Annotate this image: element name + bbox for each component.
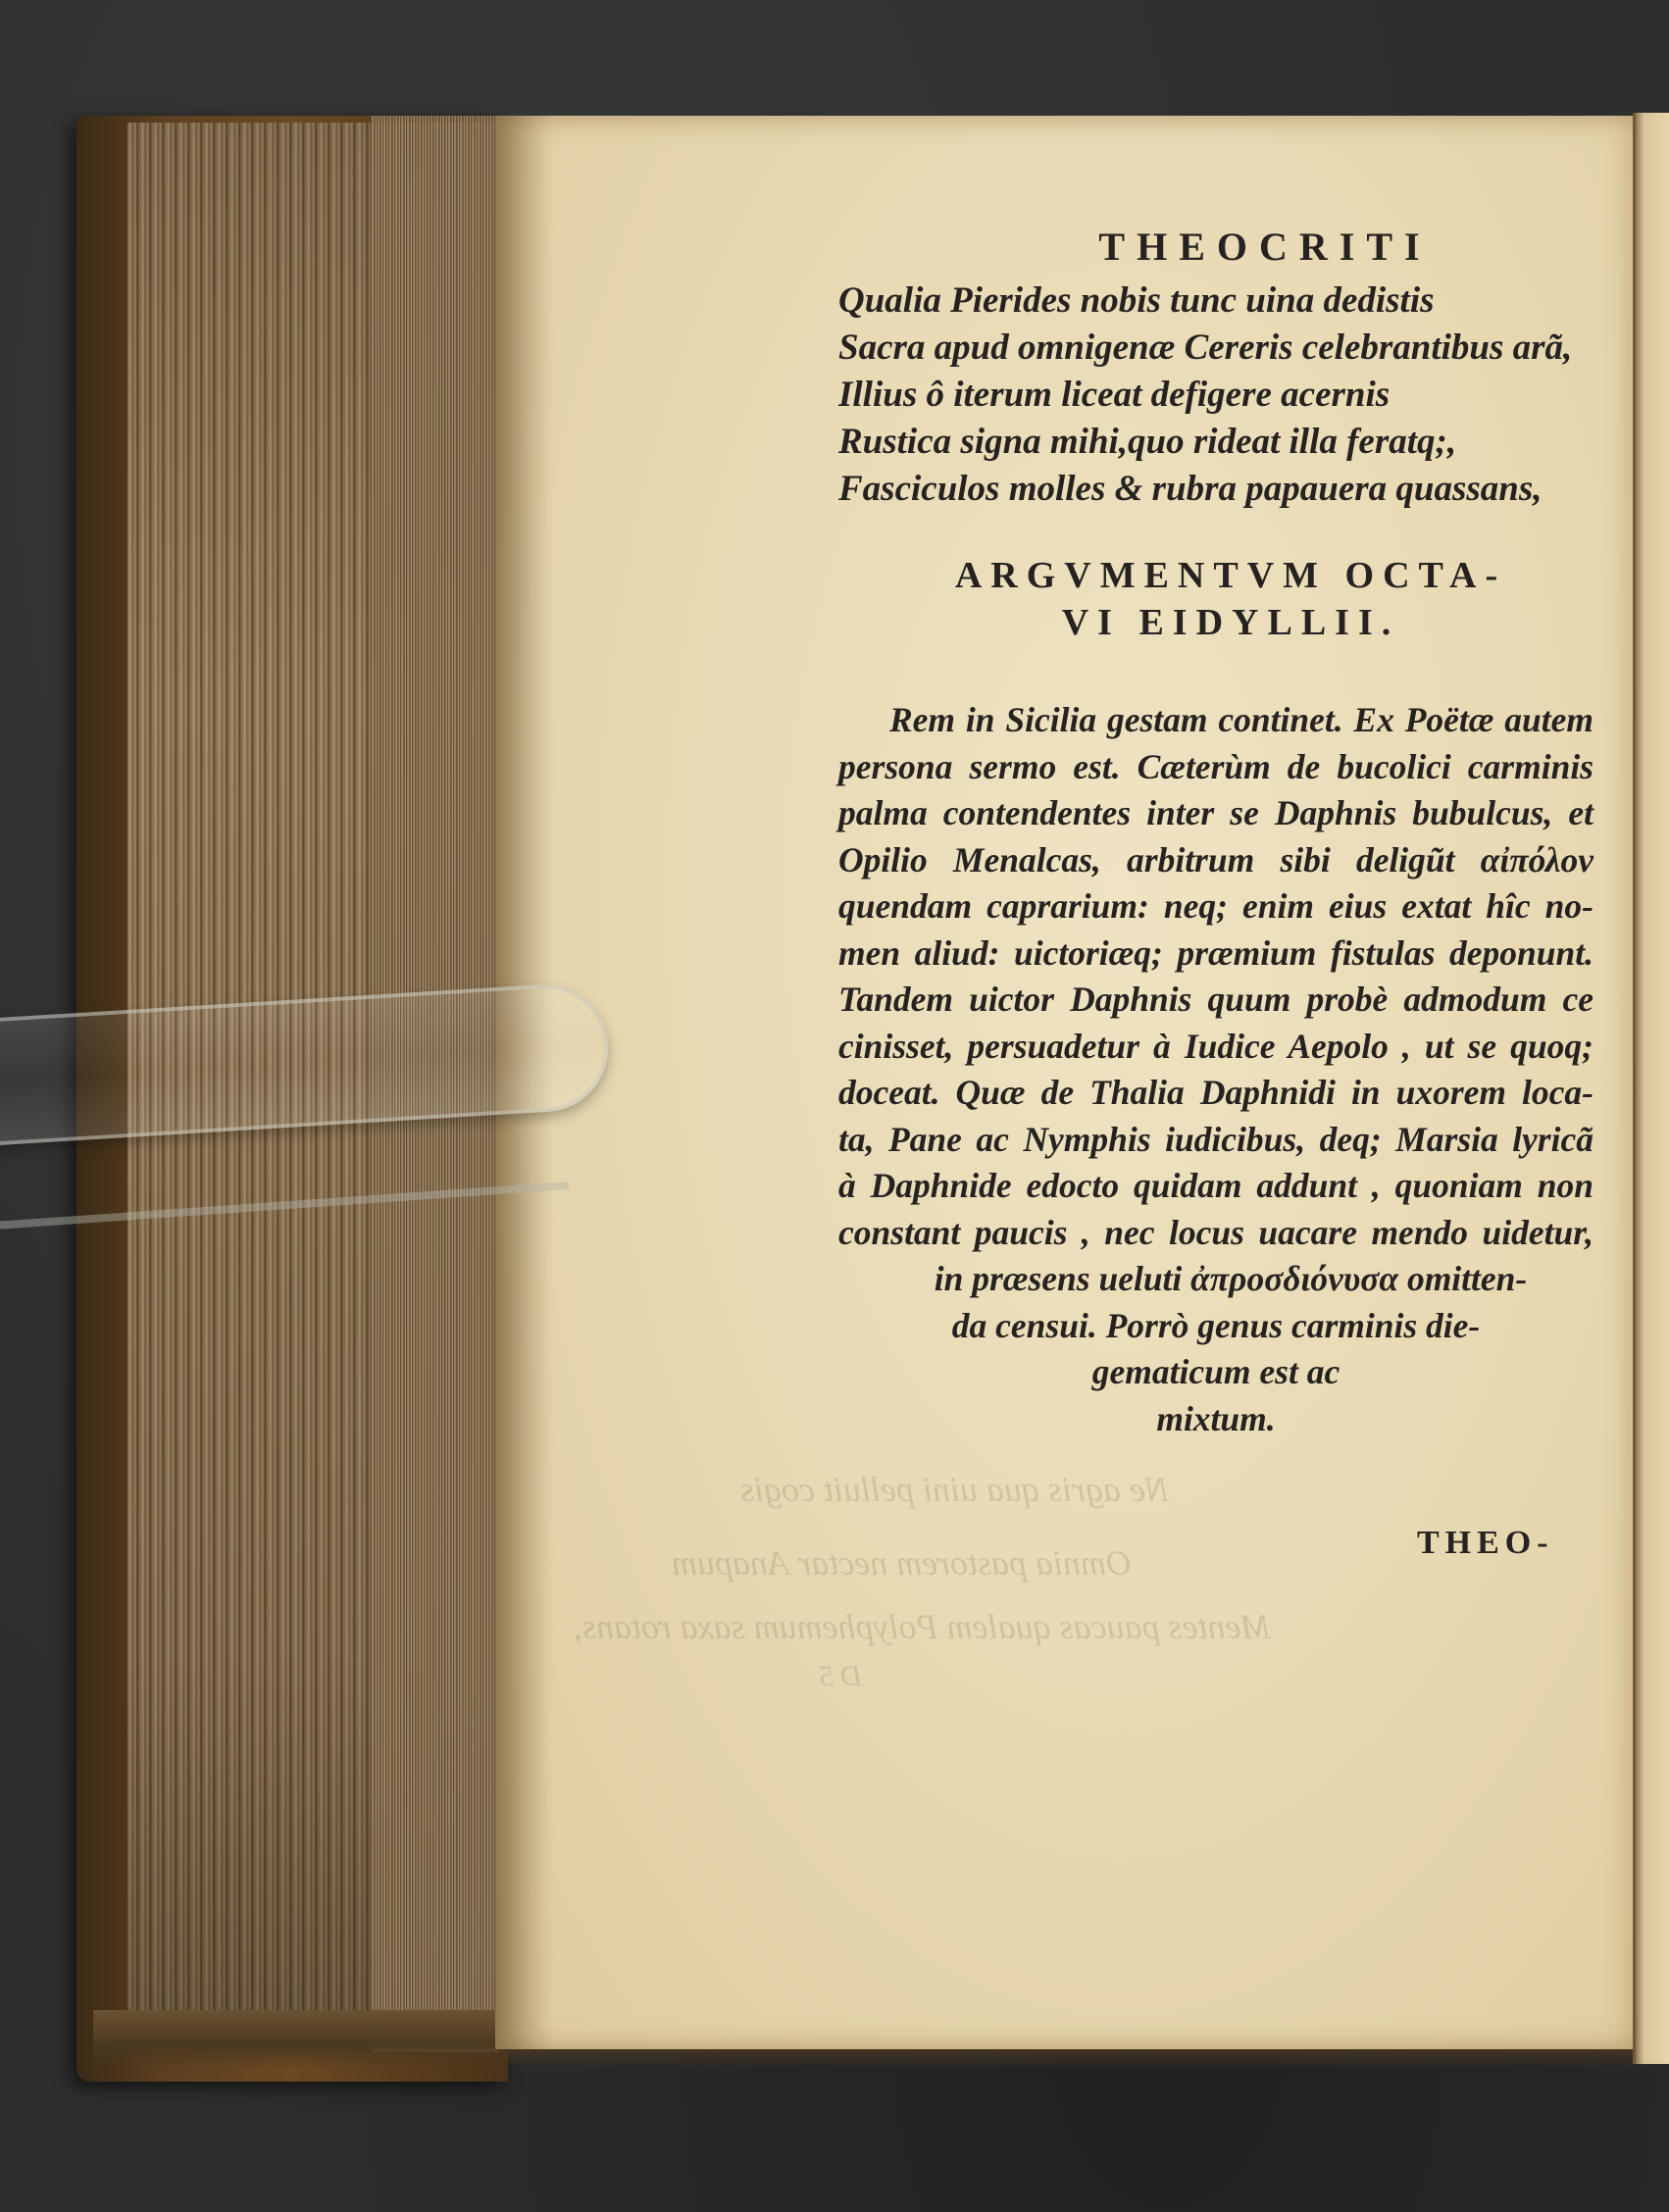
argument-line: à Daphnide edocto quidam addunt , quonia… <box>838 1163 1593 1210</box>
argument-line: in præsens ueluti ἀπροσδιόνυσα omitten- <box>838 1256 1593 1303</box>
section-heading: ARGVMENTVM OCTA- VI EIDYLLII. <box>868 552 1593 646</box>
argument-line: persona sermo est. Cæterùm de bucolici c… <box>838 744 1593 791</box>
argument-line: ta, Pane ac Nymphis iudicibus, deq; Mars… <box>838 1117 1593 1164</box>
verse-line: Illius ô iterum liceat defigere acernis <box>838 372 1593 419</box>
argument-paragraph: Rem in Sicilia gestam continet. Ex Poëtæ… <box>838 697 1593 1442</box>
verse-block: Qualia Pierides nobis tunc uina dedistis… <box>838 277 1593 513</box>
section-heading-line: VI EIDYLLII. <box>868 599 1593 646</box>
argument-line: quendam caprarium: neq; enim eius extat … <box>838 883 1593 930</box>
argument-line: da censui. Porrò genus carminis die- <box>838 1303 1593 1350</box>
argument-line: men aliud: uictoriæq; præmium fistulas d… <box>838 930 1593 978</box>
running-head: THEOCRITI <box>936 224 1593 270</box>
verse-line: Qualia Pierides nobis tunc uina dedistis <box>838 277 1593 325</box>
bleed-through-line: Mentes paucas qualem Polyphemum saxa rot… <box>574 1606 1271 1647</box>
verse-line: Rustica signa mihi,quo rideat illa ferat… <box>838 419 1593 466</box>
verse-line: Fasciculos molles & rubra papauera quass… <box>838 466 1593 513</box>
section-heading-line: ARGVMENTVM OCTA- <box>868 552 1593 599</box>
bleed-through-line: Omnia pastorem nectar Anapum <box>672 1542 1132 1584</box>
argument-line: mixtum. <box>838 1396 1593 1443</box>
next-page-edge <box>1633 113 1669 2064</box>
argument-line: cinisset, persuadetur à Iudice Aepolo , … <box>838 1024 1593 1071</box>
argument-line: palma contendentes inter se Daphnis bubu… <box>838 790 1593 837</box>
page-text-block: THEOCRITI Qualia Pierides nobis tunc uin… <box>838 224 1593 1442</box>
argument-line: Opilio Menalcas, arbitrum sibi deligũt α… <box>838 837 1593 884</box>
argument-line: gematicum est ac <box>838 1349 1593 1396</box>
bleed-through-line: Ne agris qua uini pelluit cogis <box>740 1469 1169 1510</box>
argument-line: doceat. Quæ de Thalia Daphnidi in uxorem… <box>838 1070 1593 1117</box>
verse-line: Sacra apud omnigenæ Cereris celebrantibu… <box>838 325 1593 372</box>
catchword: THEO- <box>1417 1525 1554 1562</box>
argument-line: Tandem uictor Daphnis quum probè admodum… <box>838 977 1593 1024</box>
signature-mark-bleed: D 5 <box>819 1660 862 1693</box>
argument-line: constant paucis , nec locus uacare mendo… <box>838 1210 1593 1257</box>
argument-line: Rem in Sicilia gestam continet. Ex Poëtæ… <box>838 697 1593 744</box>
